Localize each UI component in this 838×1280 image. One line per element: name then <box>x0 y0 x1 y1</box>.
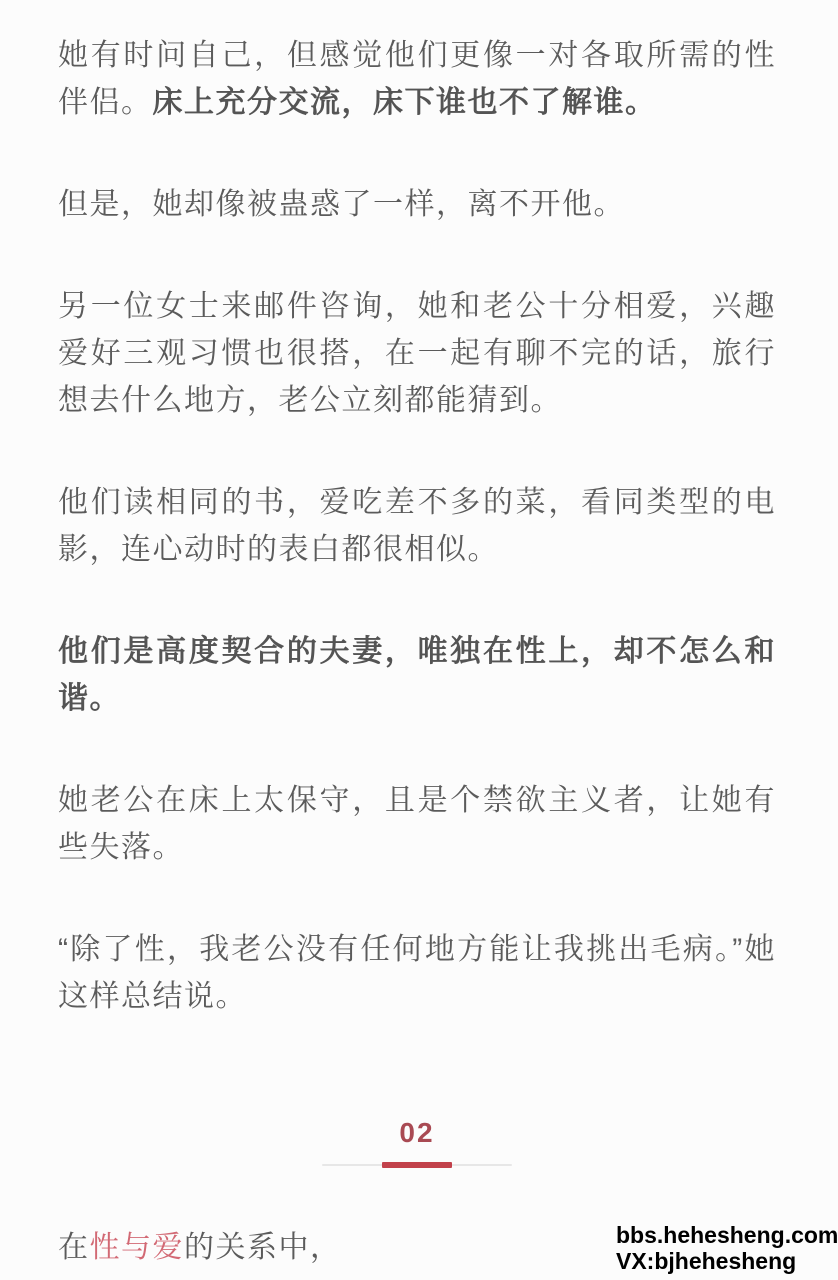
watermark-site: bbs.hehesheng.com <box>616 1222 838 1248</box>
paragraph: 另一位女士来邮件咨询，她和老公十分相爱，兴趣爱好三观习惯也很搭，在一起有聊不完的… <box>58 283 776 424</box>
paragraph: 但是，她却像被蛊惑了一样，离不开他。 <box>58 181 776 228</box>
paragraph: “除了性，我老公没有任何地方能让我挑出毛病。”她这样总结说。 <box>58 926 776 1020</box>
paragraph: 她老公在床上太保守，且是个禁欲主义者，让她有些失落。 <box>58 777 776 871</box>
paragraph: 他们读相同的书，爱吃差不多的菜，看同类型的电影，连心动时的表白都很相似。 <box>58 479 776 573</box>
paragraph-text-bold: 床上充分交流，床下谁也不了解谁。 <box>153 86 657 119</box>
highlighted-keyword: 性与爱 <box>90 1231 185 1264</box>
watermark: bbs.hehesheng.com VX:bjhehesheng <box>616 1222 838 1274</box>
article-body: 她有时问自己，但感觉他们更像一对各取所需的性伴侣。床上充分交流，床下谁也不了解谁… <box>0 0 838 1271</box>
section-divider: 02 <box>58 1116 776 1168</box>
watermark-wechat: VX:bjhehesheng <box>616 1248 838 1274</box>
paragraph-text-bold: 他们是高度契合的夫妻，唯独在性上，却不怎么和谐。 <box>58 635 776 715</box>
closing-text: 在 <box>58 1231 90 1264</box>
paragraph-text: 她老公在床上太保守，且是个禁欲主义者，让她有些失落。 <box>58 784 776 864</box>
paragraph-text: 他们读相同的书，爱吃差不多的菜，看同类型的电影，连心动时的表白都很相似。 <box>58 486 776 566</box>
paragraph: 她有时问自己，但感觉他们更像一对各取所需的性伴侣。床上充分交流，床下谁也不了解谁… <box>58 32 776 126</box>
paragraph-text: “除了性，我老公没有任何地方能让我挑出毛病。”她这样总结说。 <box>58 933 776 1013</box>
paragraph-text: 但是，她却像被蛊惑了一样，离不开他。 <box>58 188 625 221</box>
closing-text: 的关系中， <box>184 1231 342 1264</box>
section-number: 02 <box>58 1116 776 1150</box>
section-divider-line <box>322 1162 512 1168</box>
paragraph-emphasis: 他们是高度契合的夫妻，唯独在性上，却不怎么和谐。 <box>58 628 776 722</box>
article-page: 她有时问自己，但感觉他们更像一对各取所需的性伴侣。床上充分交流，床下谁也不了解谁… <box>0 0 838 1280</box>
paragraph-text: 另一位女士来邮件咨询，她和老公十分相爱，兴趣爱好三观习惯也很搭，在一起有聊不完的… <box>58 290 776 417</box>
divider-red-accent <box>382 1162 452 1168</box>
